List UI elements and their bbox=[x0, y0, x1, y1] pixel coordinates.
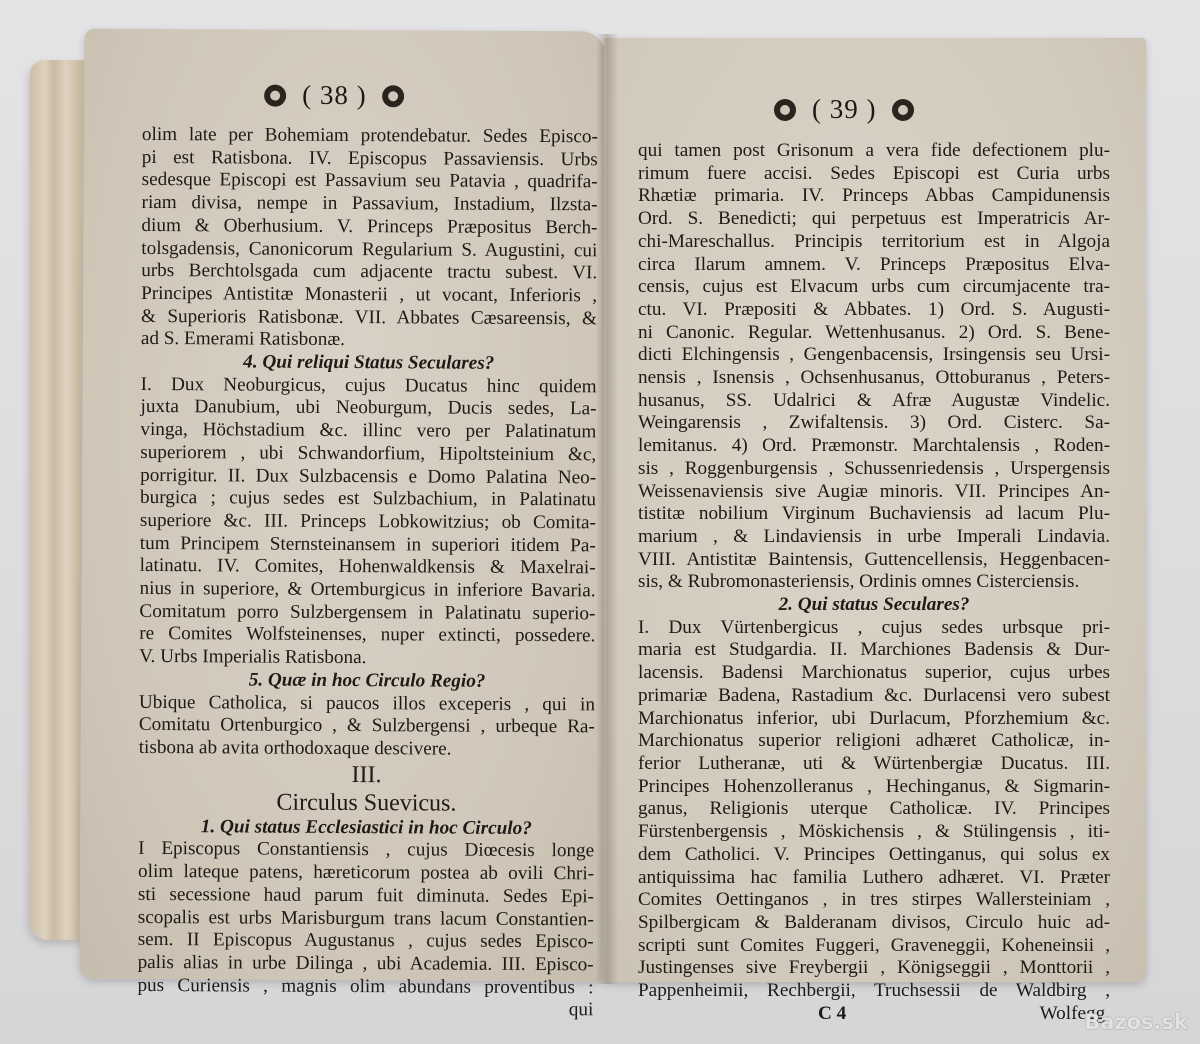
text-line: Principes Antistitæ Monasterii , ut voca… bbox=[141, 283, 597, 308]
text-line: sedesque Episcopi est Passavium seu Pata… bbox=[142, 169, 598, 194]
text-line: Comites Oettinganos , in tres stirpes Wa… bbox=[638, 889, 1110, 912]
text-line: pus Curiensis , magnis olim abundans pro… bbox=[137, 975, 593, 1000]
text-line: nensis , Isnensis , Ochsenhusanus, Ottob… bbox=[638, 367, 1110, 390]
text-line: scripti sunt Comites Fuggeri, Graveneggi… bbox=[638, 935, 1110, 958]
text-line: nius in superiore, & Ortemburgicus in in… bbox=[139, 578, 595, 603]
text-line: sis , Roggenburgensis , Schussenriedensi… bbox=[638, 458, 1110, 481]
signature-mark: C 4 bbox=[818, 1003, 846, 1026]
text-line: riam divisa, nempe in Passavium, Instadi… bbox=[142, 192, 598, 217]
page-header: ( 39 ) bbox=[774, 94, 914, 125]
text-line: scopalis est urbs Marisburgum trans lacu… bbox=[138, 906, 594, 931]
text-line: I. Dux Vürtenbergicus , cujus sedes urbs… bbox=[638, 617, 1110, 640]
text-line: palis alias in urbe Dilinga , ubi Academ… bbox=[138, 952, 594, 977]
text-line: ad S. Emerami Ratisbonæ. bbox=[141, 328, 597, 353]
text-line: husanus, SS. Udalrici & Afræ Augustæ Vin… bbox=[638, 390, 1110, 413]
text-line: lacensis. Badensi Marchionatus superior,… bbox=[638, 662, 1110, 685]
text-line: Weissenaviensis sive Augiæ minoris. VII.… bbox=[638, 481, 1110, 504]
text-line: sti secessione haud parum fuit diminuta.… bbox=[138, 884, 594, 909]
page-number: ( 38 ) bbox=[302, 80, 367, 111]
text-line: Ubique Catholica, si paucos illos excepe… bbox=[139, 692, 595, 717]
floral-ornament-icon bbox=[383, 85, 405, 107]
watermark: Bazos.sk bbox=[1084, 1010, 1188, 1034]
text-line: maria est Studgardia. II. Marchiones Bad… bbox=[638, 639, 1110, 662]
text-line: pi est Ratisbona. IV. Episcopus Passavie… bbox=[142, 147, 598, 172]
text-line: primariæ Badena, Rastadium &c. Durlacens… bbox=[638, 685, 1110, 708]
floral-ornament-icon bbox=[264, 84, 286, 106]
text-line: qui tamen post Grisonum a vera fide defe… bbox=[638, 140, 1110, 163]
text-line: Weingarensis , Zwifaltensis. 3) Ord. Cis… bbox=[638, 412, 1110, 435]
text-line: tolsgadensis, Canonicorum Regularium S. … bbox=[141, 237, 597, 262]
question-heading: 1. Qui status Ecclesiastici in hoc Circu… bbox=[138, 816, 594, 841]
catchword: qui bbox=[137, 997, 593, 1022]
text-line: re Comites Wolfsteinenses, nuper extinct… bbox=[139, 623, 595, 648]
text-line: superiorem , ubi Schwandorfium, Hipoltst… bbox=[140, 442, 596, 467]
text-line: marium , & Lindaviensis in urbe Imperali… bbox=[638, 526, 1110, 549]
text-line: urbs Berchtolsgada cum adjacente tractu … bbox=[141, 260, 597, 285]
text-line: sem. II Episcopus Augustanus , cujus sed… bbox=[138, 929, 594, 954]
page-body: olim late per Bohemiam protendebatur. Se… bbox=[137, 124, 598, 1022]
text-line: Comitatu Ortenburgico , & Sulzbergensi ,… bbox=[139, 714, 595, 739]
text-line: Marchionatus inferior, ubi Durlacum, Pfo… bbox=[638, 708, 1110, 731]
text-line: antiquissima hac familia Luthero adhæret… bbox=[638, 867, 1110, 890]
text-line: Justingenses sive Freybergii , Königsegg… bbox=[638, 957, 1110, 980]
text-line: Marchionatus superior religioni adhæret … bbox=[638, 730, 1110, 753]
text-line: ni Canonic. Regular. Wettenhusanus. 2) O… bbox=[638, 322, 1110, 345]
text-line: juxta Danubium, ubi Neoburgum, Ducis sed… bbox=[140, 396, 596, 421]
section-title: Circulus Suevicus. bbox=[138, 788, 594, 818]
text-line: burgica ; cujus sedes est Sulzbachium, i… bbox=[140, 487, 596, 512]
text-line: superiore &c. III. Princeps Lobkowitzius… bbox=[140, 510, 596, 535]
page-footer: C 4 Wolfegg. bbox=[638, 1003, 1110, 1026]
text-line: Spilbergicam & Balderanam divisos, Circu… bbox=[638, 912, 1110, 935]
page-number: ( 39 ) bbox=[812, 94, 876, 125]
text-line: tistitæ nobilium Virginum Buchaviensis a… bbox=[638, 503, 1110, 526]
text-line: sis, & Rubromonasteriensis, Ordinis omne… bbox=[638, 571, 1110, 594]
text-line: tum Principem Sternsteinansem in superio… bbox=[140, 533, 596, 558]
text-line: tisbona ab avita orthodoxaque descivere. bbox=[139, 737, 595, 762]
question-heading: 4. Qui reliqui Status Seculares? bbox=[141, 351, 597, 376]
page-header: ( 38 ) bbox=[264, 80, 405, 112]
text-line: Fürstenbergensis , Möskichensis , & Stül… bbox=[638, 821, 1110, 844]
text-line: vinga, Höchstadium &c. illinc vero per P… bbox=[140, 419, 596, 444]
right-page: ( 39 ) qui tamen post Grisonum a vera fi… bbox=[604, 38, 1146, 982]
text-line: I Episcopus Constantiensis , cujus Diœce… bbox=[138, 838, 594, 863]
text-line: dicti Elchingensis , Gengenbacensis, Irs… bbox=[638, 344, 1110, 367]
book-gutter bbox=[596, 34, 618, 984]
text-line: lemitanus. 4) Ord. Præmonstr. Marchtalen… bbox=[638, 435, 1110, 458]
text-line: circa Ilarum amnem. V. Princeps Præposit… bbox=[638, 254, 1110, 277]
text-line: latinatu. IV. Comites, Hohenwaldkensis &… bbox=[140, 555, 596, 580]
text-line: chi-Mareschallus. Principis territorium … bbox=[638, 231, 1110, 254]
text-line: Rhætiæ primaria. IV. Princeps Abbas Camp… bbox=[638, 185, 1110, 208]
text-line: porrigitur. II. Dux Sulzbacensis e Domo … bbox=[140, 464, 596, 489]
question-heading: 5. Quæ in hoc Circulo Regio? bbox=[139, 669, 595, 694]
question-heading: 2. Qui status Seculares? bbox=[638, 594, 1110, 617]
text-line: rimum fuere accisi. Sedes Episcopi est C… bbox=[638, 163, 1110, 186]
text-line: V. Urbs Imperialis Ratisbona. bbox=[139, 646, 595, 671]
text-line: Pappenheimii, Rechbergii, Truchsessii de… bbox=[638, 980, 1110, 1003]
left-page: ( 38 ) olim late per Bohemiam protendeba… bbox=[80, 29, 607, 982]
text-line: Principes Hohenzolleranus , Hechinganus,… bbox=[638, 776, 1110, 799]
floral-ornament-icon bbox=[774, 99, 796, 121]
section-number: III. bbox=[139, 760, 595, 790]
text-line: Comitatum porro Sulzbergensem in Palatin… bbox=[139, 601, 595, 626]
text-line: ferior Lutheranæ, uti & Würtenbergiæ Duc… bbox=[638, 753, 1110, 776]
floral-ornament-icon bbox=[892, 99, 914, 121]
text-line: VIII. Antistitæ Baintensis, Guttencellen… bbox=[638, 549, 1110, 572]
text-line: dium & Oberhusium. V. Princeps Præpositu… bbox=[141, 215, 597, 240]
text-line: olim lateque patens, hæreticorum postea … bbox=[138, 861, 594, 886]
text-line: ctu. VI. Præpositi & Abbates. 1) Ord. S.… bbox=[638, 299, 1110, 322]
page-body: qui tamen post Grisonum a vera fide defe… bbox=[638, 140, 1110, 1025]
text-line: dem Catholici. V. Principes Oettinganus,… bbox=[638, 844, 1110, 867]
text-line: olim late per Bohemiam protendebatur. Se… bbox=[142, 124, 598, 149]
text-line: ganus, Religionis uterque Catholicæ. IV.… bbox=[638, 798, 1110, 821]
text-line: I. Dux Neoburgicus, cujus Ducatus hinc q… bbox=[141, 374, 597, 399]
text-line: censis, cujus est Elvacum urbs cum circu… bbox=[638, 276, 1110, 299]
text-line: & Superioris Ratisbonæ. VII. Abbates Cæs… bbox=[141, 306, 597, 331]
open-book: ( 38 ) olim late per Bohemiam protendeba… bbox=[0, 0, 1200, 1044]
text-line: Ord. S. Benedicti; qui perpetuus est Imp… bbox=[638, 208, 1110, 231]
